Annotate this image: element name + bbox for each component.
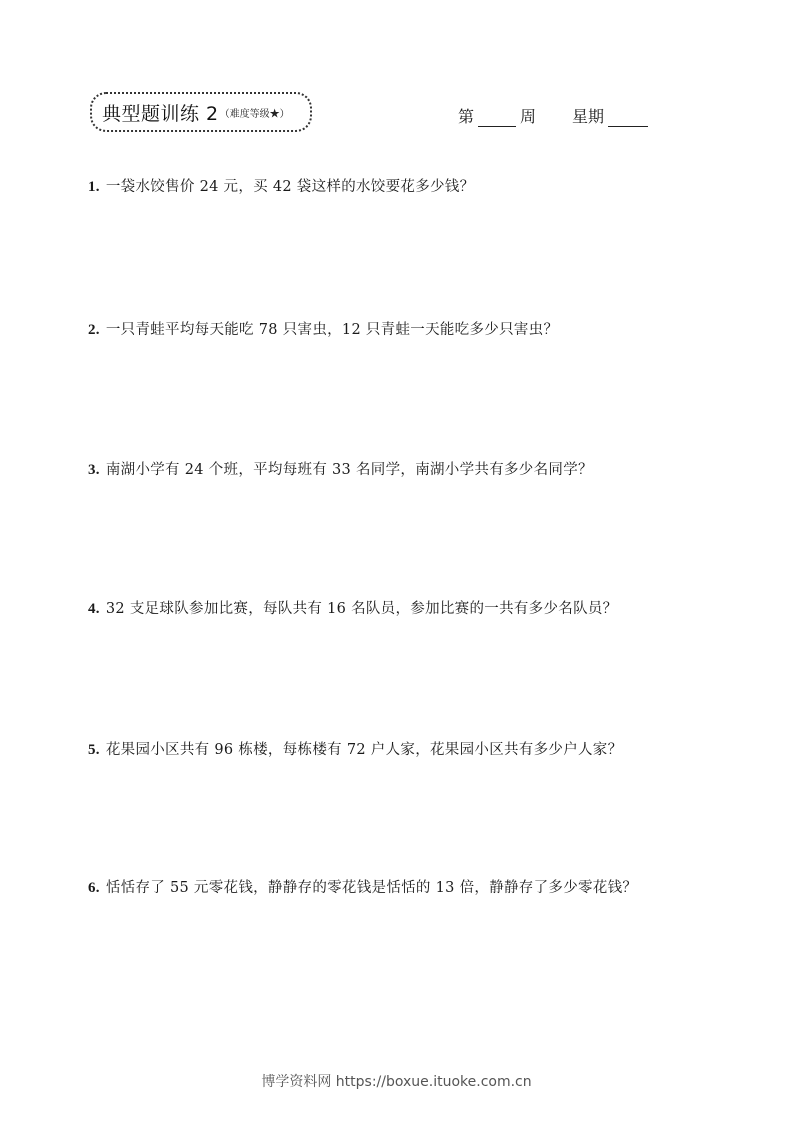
worksheet-title: 典型题训练 2 <box>102 99 219 126</box>
week-suffix: 周 <box>520 104 536 127</box>
week-prefix: 第 <box>458 104 474 127</box>
question-3: 3.南湖小学有 24 个班，平均每班有 33 名同学，南湖小学共有多少名同学？ <box>88 458 593 479</box>
footer-watermark: 博学资料网 https://boxue.ituoke.com.cn <box>0 1071 793 1091</box>
question-text: 恬恬存了 55 元零花钱，静静存的零花钱是恬恬的 13 倍，静静存了多少零花钱？ <box>106 880 637 896</box>
question-number: 5. <box>88 742 100 758</box>
question-6: 6.恬恬存了 55 元零花钱，静静存的零花钱是恬恬的 13 倍，静静存了多少零花… <box>88 876 637 897</box>
question-number: 4. <box>88 601 100 617</box>
title-box: 典型题训练 2 （难度等级★） <box>90 92 312 132</box>
question-number: 2. <box>88 322 100 338</box>
question-4: 4.32 支足球队参加比赛，每队共有 16 名队员，参加比赛的一共有多少名队员？ <box>88 597 618 618</box>
weekday-blank[interactable] <box>608 108 648 127</box>
question-text: 南湖小学有 24 个班，平均每班有 33 名同学，南湖小学共有多少名同学？ <box>106 462 593 478</box>
week-blank[interactable] <box>478 108 516 127</box>
weekday-label: 星期 <box>572 104 604 127</box>
question-number: 6. <box>88 880 100 896</box>
question-text: 花果园小区共有 96 栋楼，每栋楼有 72 户人家，花果园小区共有多少户人家？ <box>106 742 623 758</box>
question-number: 1. <box>88 179 100 195</box>
question-text: 一袋水饺售价 24 元，买 42 袋这样的水饺要花多少钱？ <box>106 179 475 195</box>
date-fields: 第 周 星期 <box>458 104 648 127</box>
question-number: 3. <box>88 462 100 478</box>
question-1: 1.一袋水饺售价 24 元，买 42 袋这样的水饺要花多少钱？ <box>88 175 474 196</box>
question-2: 2.一只青蛙平均每天能吃 78 只害虫，12 只青蛙一天能吃多少只害虫？ <box>88 318 558 339</box>
question-text: 32 支足球队参加比赛，每队共有 16 名队员，参加比赛的一共有多少名队员？ <box>106 601 618 617</box>
question-text: 一只青蛙平均每天能吃 78 只害虫，12 只青蛙一天能吃多少只害虫？ <box>106 322 558 338</box>
difficulty-label: （难度等级★） <box>220 105 290 120</box>
question-5: 5.花果园小区共有 96 栋楼，每栋楼有 72 户人家，花果园小区共有多少户人家… <box>88 738 622 759</box>
